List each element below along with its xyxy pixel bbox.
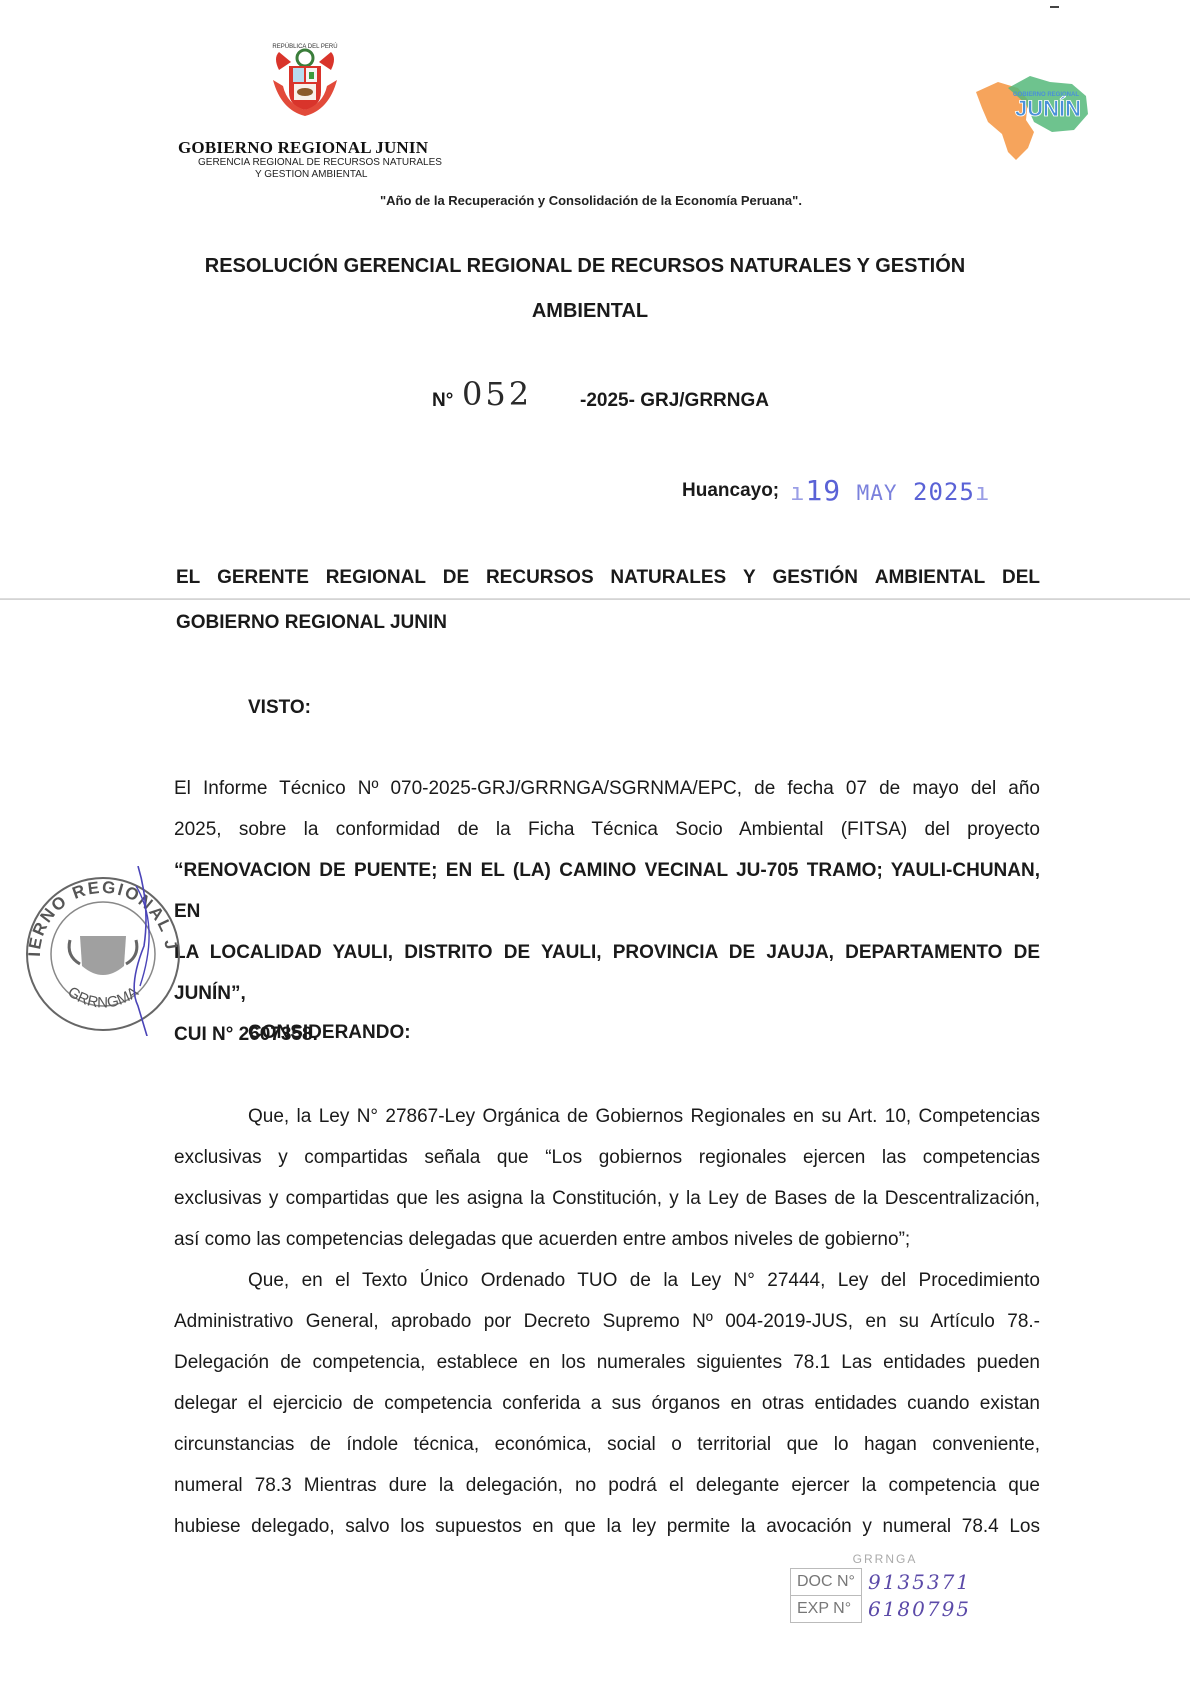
- date-stamp-month: MAY: [857, 481, 898, 505]
- paragraph-line: exclusivas y compartidas que les asigna …: [174, 1178, 1040, 1219]
- organization-name: GOBIERNO REGIONAL JUNIN: [178, 138, 428, 158]
- paragraph-line: numeral 78.3 Mientras dure la delegación…: [174, 1465, 1040, 1506]
- issuer-word: REGIONAL: [326, 567, 426, 589]
- svg-text:GRRNGMA: GRRNGMA: [64, 983, 141, 1011]
- department-line-1: GERENCIA REGIONAL DE RECURSOS NATURALES: [198, 157, 442, 168]
- junin-regional-logo-icon: GOBIERNO REGIONAL JUNÍN: [968, 70, 1118, 170]
- paragraph-line: hubiese delegado, salvo los supuestos en…: [174, 1506, 1040, 1547]
- scan-mark: [1050, 6, 1059, 8]
- visto-paragraph: El Informe Técnico Nº 070-2025-GRJ/GRRNG…: [174, 768, 1040, 1055]
- paragraph-line: así como las competencias delegadas que …: [174, 1219, 1040, 1260]
- issuer-word: GESTIÓN: [772, 567, 858, 589]
- doc-number-value: 9135371: [861, 1569, 977, 1596]
- paragraph-line: Administrativo General, aprobado por Dec…: [174, 1301, 1040, 1342]
- exp-number-label: EXP N°: [791, 1596, 862, 1623]
- svg-text:JUNÍN: JUNÍN: [1015, 96, 1081, 121]
- department-line-2: Y GESTION AMBIENTAL: [255, 169, 367, 180]
- place-label: Huancayo;: [682, 480, 779, 502]
- issuer-word: DE: [443, 567, 469, 589]
- date-stamp-day: 19: [805, 474, 841, 507]
- issuer-word: DEL: [1002, 567, 1040, 589]
- scan-artifact-line: [0, 598, 1190, 600]
- paragraph-line: circunstancias de índole técnica, económ…: [174, 1424, 1040, 1465]
- year-motto: "Año de la Recuperación y Consolidación …: [380, 193, 802, 208]
- issuer-line-1: ELGERENTEREGIONALDERECURSOSNATURALESYGES…: [176, 567, 1040, 589]
- paragraph-line: delegar el ejercicio de competencia conf…: [174, 1383, 1040, 1424]
- project-name-line: LA LOCALIDAD YAULI, DISTRITO DE YAULI, P…: [174, 932, 1040, 1014]
- paragraph-line: Delegación de competencia, establece en …: [174, 1342, 1040, 1383]
- registry-stamp-header: GRRNGA: [790, 1552, 980, 1568]
- issuer-line-2: GOBIERNO REGIONAL JUNIN: [176, 612, 447, 634]
- visto-line: El Informe Técnico Nº 070-2025-GRJ/GRRNG…: [174, 768, 1040, 809]
- issuer-word: AMBIENTAL: [875, 567, 985, 589]
- resolution-number-value: 052: [462, 375, 532, 413]
- issuer-word: GERENTE: [217, 567, 309, 589]
- peru-coat-of-arms-icon: REPÚBLICA DEL PERÚ: [265, 40, 345, 122]
- considerando-paragraph-2: Que, en el Texto Único Ordenado TUO de l…: [174, 1260, 1040, 1547]
- resolution-number-label: N°: [432, 390, 453, 412]
- issuer-word: RECURSOS: [486, 567, 594, 589]
- exp-number-value: 6180795: [861, 1596, 977, 1623]
- considerando-heading: CONSIDERANDO:: [248, 1022, 411, 1044]
- svg-text:REPÚBLICA DEL PERÚ: REPÚBLICA DEL PERÚ: [272, 43, 337, 50]
- registry-stamp: GRRNGA DOC N° 9135371 EXP N° 6180795: [790, 1552, 980, 1623]
- paragraph-line: Que, en el Texto Único Ordenado TUO de l…: [174, 1260, 1040, 1301]
- paragraph-line: Que, la Ley N° 27867-Ley Orgánica de Gob…: [174, 1096, 1040, 1137]
- considerando-paragraph-1: Que, la Ley N° 27867-Ley Orgánica de Gob…: [174, 1096, 1040, 1260]
- date-stamp-year: 2025: [913, 478, 975, 506]
- issuer-word: EL: [176, 567, 200, 589]
- doc-number-label: DOC N°: [791, 1569, 862, 1596]
- official-seal-icon: GOBIERNO REGIONAL JUNÍN GRRNGMA: [18, 866, 188, 1036]
- project-name-line: “RENOVACION DE PUENTE; EN EL (LA) CAMINO…: [174, 850, 1040, 932]
- issuer-word: Y: [743, 567, 756, 589]
- issuer-word: NATURALES: [610, 567, 726, 589]
- paragraph-line: exclusivas y compartidas señala que “Los…: [174, 1137, 1040, 1178]
- resolution-number-suffix: -2025- GRJ/GRRNGA: [580, 390, 769, 412]
- date-stamp: ı19 MAY 2025ı: [790, 474, 990, 507]
- resolution-title-line-1: RESOLUCIÓN GERENCIAL REGIONAL DE RECURSO…: [0, 255, 1180, 278]
- resolution-title-line-2: AMBIENTAL: [0, 300, 1185, 323]
- visto-heading: VISTO:: [248, 697, 311, 719]
- visto-line: 2025, sobre la conformidad de la Ficha T…: [174, 809, 1040, 850]
